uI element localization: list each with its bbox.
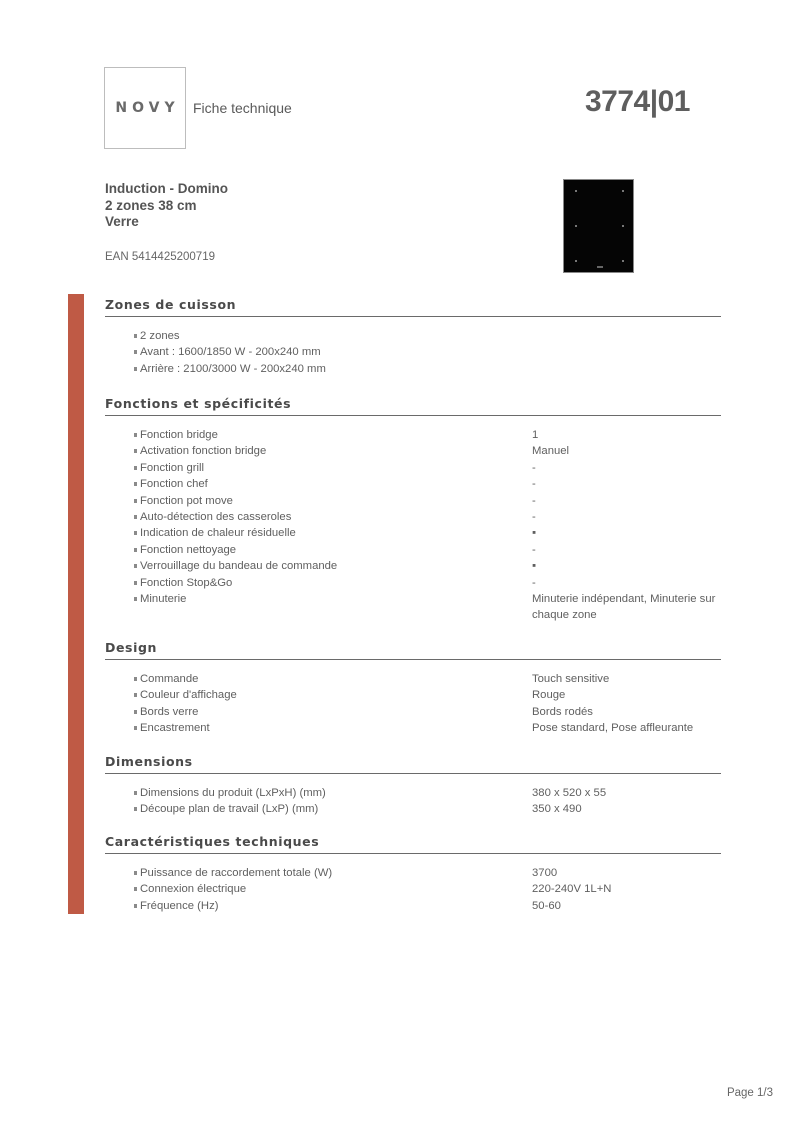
zone-marker-icon [622, 190, 624, 192]
spec-row: Indication de chaleur résiduelle▪ [105, 525, 721, 541]
section-title: Caractéristiques techniques [105, 833, 721, 854]
document-type: Fiche technique [193, 100, 292, 116]
spec-value: ▪ [532, 525, 732, 541]
spec-row: MinuterieMinuterie indépendant, Minuteri… [105, 591, 721, 624]
spec-value: Bords rodés [532, 704, 732, 720]
product-title-line: 2 zones 38 cm [105, 198, 228, 215]
spec-row: Avant : 1600/1850 W - 200x240 mm [105, 344, 721, 360]
spec-value: - [532, 509, 732, 525]
spec-value: - [532, 476, 732, 492]
brand-logo: NOVY [104, 67, 186, 149]
spec-list: 2 zonesAvant : 1600/1850 W - 200x240 mmA… [105, 328, 721, 377]
spec-value: Minuterie indépendant, Minuterie sur cha… [532, 591, 732, 624]
spec-row: Verrouillage du bandeau de commande▪ [105, 558, 721, 574]
spec-value: - [532, 542, 732, 558]
zone-marker-icon [575, 190, 577, 192]
spec-row: Fonction pot move- [105, 493, 721, 509]
zone-marker-icon [622, 260, 624, 262]
section-dimensions: Dimensions Dimensions du produit (LxPxH)… [105, 753, 721, 818]
product-image [563, 179, 634, 273]
spec-value: - [532, 575, 732, 591]
spec-list: Puissance de raccordement totale (W)3700… [105, 865, 721, 914]
spec-value: Manuel [532, 443, 732, 459]
spec-value: 350 x 490 [532, 801, 732, 817]
spec-row: Fréquence (Hz)50-60 [105, 898, 721, 914]
spec-value: ▪ [532, 558, 732, 574]
spec-label: Arrière : 2100/3000 W - 200x240 mm [105, 361, 721, 377]
spec-row: Puissance de raccordement totale (W)3700 [105, 865, 721, 881]
zone-marker-icon [575, 225, 577, 227]
spec-value: 1 [532, 427, 732, 443]
spec-row: 2 zones [105, 328, 721, 344]
section-zones-de-cuisson: Zones de cuisson 2 zonesAvant : 1600/185… [105, 296, 721, 377]
section-title: Zones de cuisson [105, 296, 721, 317]
spec-row: CommandeTouch sensitive [105, 671, 721, 687]
spec-row: Dimensions du produit (LxPxH) (mm)380 x … [105, 785, 721, 801]
section-fonctions: Fonctions et spécificités Fonction bridg… [105, 395, 721, 624]
product-title: Induction - Domino 2 zones 38 cm Verre [105, 181, 228, 231]
zone-marker-icon [575, 260, 577, 262]
spec-value: 3700 [532, 865, 732, 881]
page-number: Page 1/3 [727, 1087, 773, 1099]
spec-value: 380 x 520 x 55 [532, 785, 732, 801]
accent-bar [68, 294, 84, 914]
spec-value: Pose standard, Pose affleurante [532, 720, 732, 736]
spec-value: Touch sensitive [532, 671, 732, 687]
spec-row: Fonction chef- [105, 476, 721, 492]
ean-code: EAN 5414425200719 [105, 251, 215, 263]
spec-row: Fonction nettoyage- [105, 542, 721, 558]
spec-row: Fonction bridge1 [105, 427, 721, 443]
spec-row: Bords verreBords rodés [105, 704, 721, 720]
product-title-line: Verre [105, 214, 228, 231]
spec-value: Rouge [532, 687, 732, 703]
reference-number: 3774|01 [585, 85, 690, 119]
spec-label: 2 zones [105, 328, 721, 344]
spec-row: Auto-détection des casseroles- [105, 509, 721, 525]
section-design: Design CommandeTouch sensitiveCouleur d'… [105, 639, 721, 737]
spec-list: Fonction bridge1Activation fonction brid… [105, 427, 721, 624]
section-title: Dimensions [105, 753, 721, 774]
spec-value: 220-240V 1L+N [532, 881, 732, 897]
spec-value: - [532, 460, 732, 476]
spec-list: Dimensions du produit (LxPxH) (mm)380 x … [105, 785, 721, 818]
section-caracteristiques-techniques: Caractéristiques techniques Puissance de… [105, 833, 721, 914]
spec-row: Connexion électrique220-240V 1L+N [105, 881, 721, 897]
spec-row: Couleur d'affichageRouge [105, 687, 721, 703]
section-title: Design [105, 639, 721, 660]
spec-value: - [532, 493, 732, 509]
spec-row: EncastrementPose standard, Pose affleura… [105, 720, 721, 736]
control-panel-icon [597, 266, 603, 268]
spec-list: CommandeTouch sensitiveCouleur d'afficha… [105, 671, 721, 737]
spec-row: Fonction grill- [105, 460, 721, 476]
spec-label: Avant : 1600/1850 W - 200x240 mm [105, 344, 721, 360]
spec-row: Activation fonction bridgeManuel [105, 443, 721, 459]
spec-row: Découpe plan de travail (LxP) (mm)350 x … [105, 801, 721, 817]
zone-marker-icon [622, 225, 624, 227]
spec-value: 50-60 [532, 898, 732, 914]
spec-row: Arrière : 2100/3000 W - 200x240 mm [105, 361, 721, 377]
spec-row: Fonction Stop&Go- [105, 575, 721, 591]
brand-logo-text: NOVY [115, 100, 179, 116]
section-title: Fonctions et spécificités [105, 395, 721, 416]
product-title-line: Induction - Domino [105, 181, 228, 198]
